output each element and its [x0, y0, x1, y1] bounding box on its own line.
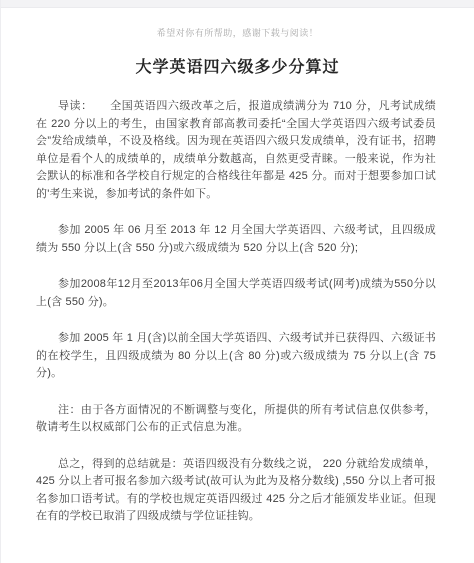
- paragraph-condition-3: 参加 2005 年 1 月(含)以前全国大学英语四、六级考试并已获得四、六级证书…: [36, 330, 436, 383]
- document-header-note: 希望对你有所帮助，感谢下载与阅读！: [1, 26, 474, 39]
- paragraph-note: 注：由于各方面情况的不断调整与变化，所提供的所有考试信息仅供参考，敬请考生以权威…: [36, 402, 436, 437]
- page-title: 大学英语四六级多少分算过: [1, 54, 474, 77]
- document-page: 希望对你有所帮助，感谢下载与阅读！ 大学英语四六级多少分算过 导读： 全国英语四…: [0, 0, 474, 563]
- paragraph-intro: 导读： 全国英语四六级改革之后，报道成绩满分为 710 分，凡考试成绩在 220…: [36, 98, 436, 203]
- paragraph-condition-1: 参加 2005 年 06 月至 2013 年 12 月全国大学英语四、六级考试，…: [36, 222, 436, 257]
- paragraph-condition-2: 参加2008年12月至2013年06月全国大学英语四级考试(网考)成绩为550分…: [36, 276, 436, 311]
- page-top-strip: [1, 0, 474, 8]
- paragraph-summary: 总之，得到的总结就是：英语四级没有分数线之说， 220 分就给发成绩单，425 …: [36, 456, 436, 526]
- document-body: 导读： 全国英语四六级改革之后，报道成绩满分为 710 分，凡考试成绩在 220…: [1, 98, 474, 526]
